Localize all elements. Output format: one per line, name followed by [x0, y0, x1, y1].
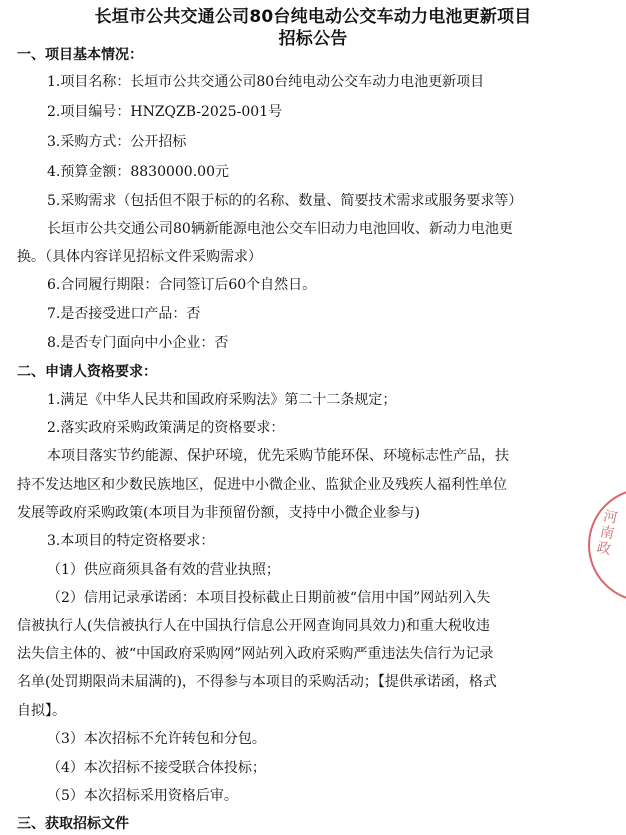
- requirements-detail-line-1: 长垣市公共交通公司80辆新能源电池公交车旧动力电池回收、新动力电池更: [47, 220, 513, 238]
- specific-requirement-5: （5）本次招标采用资格后审。: [47, 787, 238, 805]
- policy-line-2: 持不发达地区和少数民族地区，促进中小微企业、监狱企业及残疾人福利性单位: [17, 476, 507, 494]
- section-2-heading: 二、申请人资格要求：: [17, 363, 157, 381]
- specific-requirement-4: （4）本次招标不接受联合体投标；: [47, 759, 266, 777]
- item-imported-products: 7.是否接受进口产品：否: [47, 305, 200, 323]
- item-requirements: 5.采购需求（包括但不限于标的的名称、数量、简要技术需求或服务要求等）: [47, 192, 522, 210]
- qualification-item-3: 3.本项目的特定资格要求：: [47, 532, 214, 550]
- item-project-name: 1.项目名称：长垣市公共交通公司80台纯电动公交车动力电池更新项目: [47, 73, 484, 91]
- item-budget: 4.预算金额：8830000.00元: [47, 163, 229, 181]
- item-sme-only: 8.是否专门面向中小企业：否: [47, 334, 228, 352]
- specific-requirement-2-line-2: 信被执行人(失信被执行人在中国执行信息公开网查询同具效力)和重大税收违: [17, 617, 490, 635]
- section-3-heading: 三、获取招标文件: [17, 815, 129, 833]
- specific-requirement-2-line-4: 名单(处罚期限尚未届满的)，不得参与本项目的采购活动；【提供承诺函，格式: [17, 673, 497, 691]
- item-project-number: 2.项目编号：HNZQZB-2025-001号: [47, 103, 282, 121]
- item-procurement-method: 3.采购方式：公开招标: [47, 133, 186, 151]
- specific-requirement-2-line-1: （2）信用记录承诺函：本项目投标截止日期前被“信用中国”网站列入失: [47, 589, 490, 607]
- qualification-item-2: 2.落实政府采购政策满足的资格要求：: [47, 419, 284, 437]
- specific-requirement-2-line-3: 法失信主体的、被“中国政府采购网”网站列入政府采购严重违法失信行为记录: [17, 645, 493, 663]
- policy-line-1: 本项目落实节约能源、保护环境，优先采购节能环保、环境标志性产品，扶: [47, 447, 509, 465]
- specific-requirement-2-line-5: 自拟】。: [17, 702, 66, 720]
- section-1-heading: 一、项目基本情况：: [17, 46, 143, 64]
- policy-line-3: 发展等政府采购政策(本项目为非预留份额，支持中小微企业参与): [17, 504, 420, 522]
- qualification-item-1: 1.满足《中华人民共和国政府采购法》第二十二条规定；: [47, 391, 396, 409]
- announcement-page: 长垣市公共交通公司80台纯电动公交车动力电池更新项目 招标公告 一、项目基本情况…: [0, 0, 626, 835]
- requirements-detail-line-2: 换。（具体内容详见招标文件采购需求）: [17, 248, 262, 266]
- specific-requirement-3: （3）本次招标不允许转包和分包。: [47, 730, 266, 748]
- specific-requirement-1: （1）供应商须具备有效的营业执照；: [47, 561, 280, 579]
- item-contract-period: 6.合同履行期限：合同签订后60个自然日。: [47, 276, 316, 294]
